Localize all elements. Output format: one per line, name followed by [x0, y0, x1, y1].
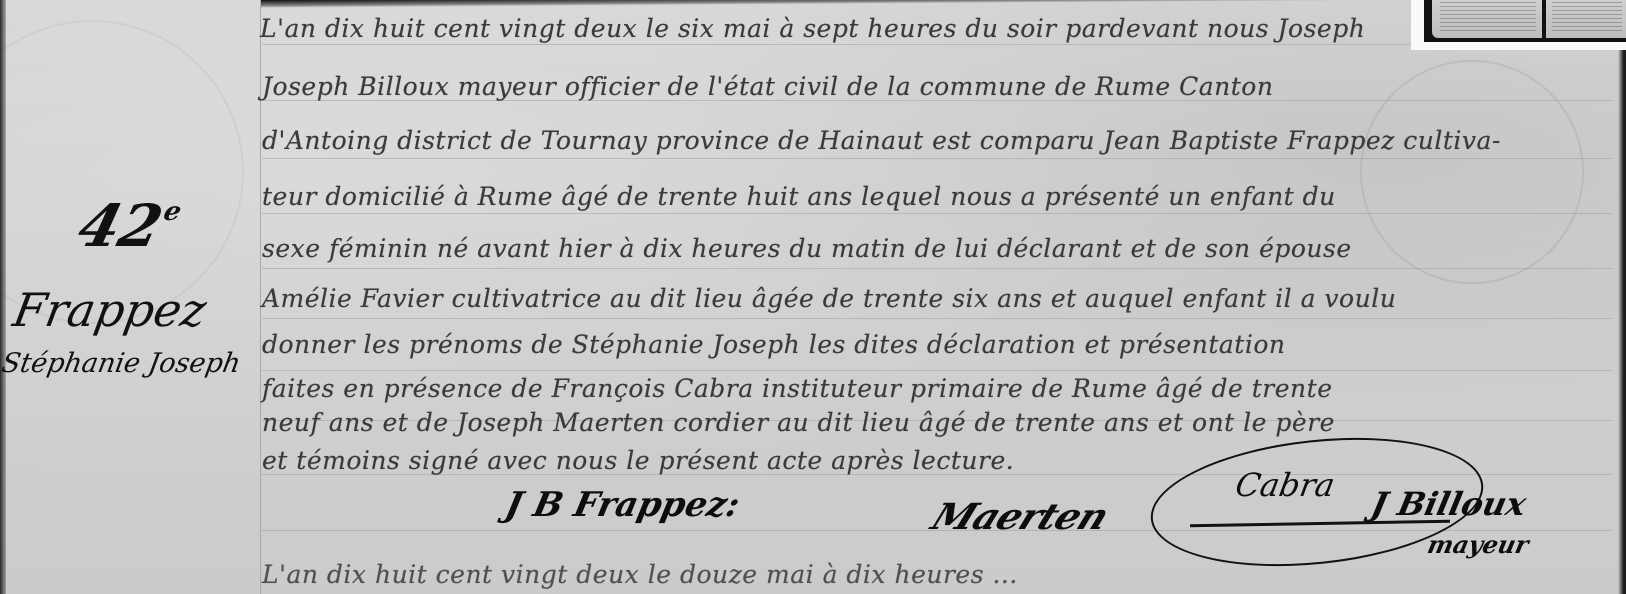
- thumbnail-text-lines: [1552, 2, 1622, 34]
- page-left-edge: [0, 0, 6, 594]
- body-line-9: neuf ans et de Joseph Maerten cordier au…: [262, 408, 1335, 437]
- body-line-8: faites en présence de François Cabra ins…: [262, 374, 1333, 403]
- paper-stain: [0, 20, 244, 324]
- ruled-line: [262, 318, 1612, 319]
- signature-witness-cabra: Cabra: [1233, 466, 1338, 504]
- thumbnail-text-lines: [1440, 2, 1536, 34]
- body-line-10: et témoins signé avec nous le présent ac…: [262, 446, 1014, 475]
- margin-surname: Frappez: [9, 283, 210, 337]
- body-line-5: sexe féminin né avant hier à dix heures …: [262, 234, 1352, 263]
- signature-officer: J Billoux: [1368, 485, 1530, 523]
- margin-rule: [260, 0, 261, 594]
- body-line-11: L'an dix huit cent vingt deux le douze m…: [262, 560, 1018, 589]
- ruled-line: [262, 158, 1612, 159]
- act-number-value: 42: [72, 192, 170, 260]
- body-line-7: donner les prénoms de Stéphanie Joseph l…: [262, 330, 1286, 359]
- margin-given-names: Stéphanie Joseph: [0, 348, 243, 379]
- ruled-line: [262, 44, 1612, 45]
- body-line-2: Joseph Billoux mayeur officier de l'état…: [262, 72, 1273, 101]
- body-line-6: Amélie Favier cultivatrice au dit lieu â…: [262, 284, 1396, 313]
- document-page: 42e Frappez Stéphanie Joseph L'an dix hu…: [0, 0, 1626, 594]
- act-number: 42e: [72, 192, 186, 260]
- signature-officer-title: mayeur: [1425, 530, 1531, 559]
- signature-witness-maerten: Maerten: [925, 496, 1114, 538]
- body-line-3: d'Antoing district de Tournay province d…: [262, 126, 1501, 155]
- signature-father: J B Frappez:: [502, 485, 744, 525]
- body-line-4: teur domicilié à Rume âgé de trente huit…: [262, 182, 1336, 211]
- paper-stain: [1360, 60, 1584, 284]
- body-line-1: L'an dix huit cent vingt deux le six mai…: [260, 14, 1365, 43]
- ruled-line: [262, 213, 1612, 214]
- ruled-line: [262, 268, 1612, 269]
- page-right-edge: [1618, 0, 1626, 594]
- ruled-line: [262, 370, 1612, 371]
